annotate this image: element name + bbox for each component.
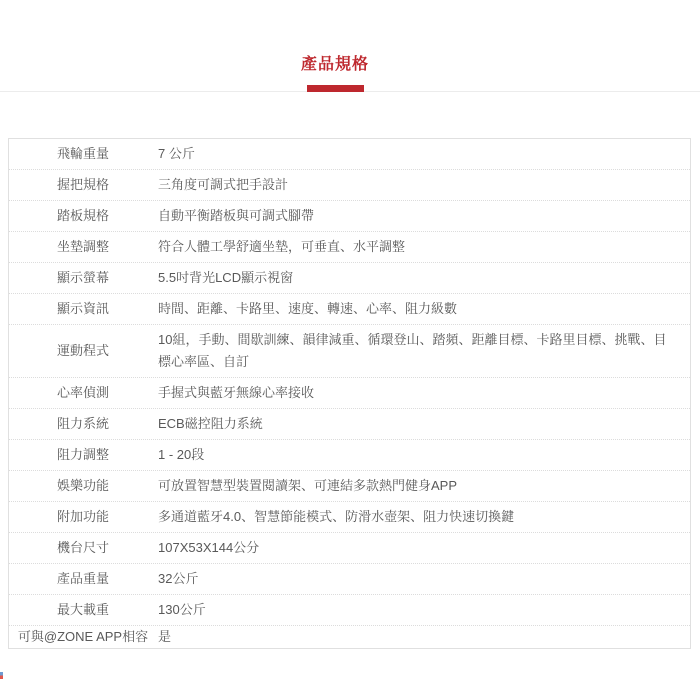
spec-row-value: 是 xyxy=(157,626,690,648)
spec-row-label: 阻力系統 xyxy=(9,409,157,439)
spec-table-row: 心率偵測手握式與藍牙無線心率接收 xyxy=(9,377,690,408)
spec-row-label: 附加功能 xyxy=(9,502,157,532)
spec-row-label: 顯示螢幕 xyxy=(9,263,157,293)
spec-table-row: 顯示資訊時間、距離、卡路里、速度、轉速、心率、阻力級數 xyxy=(9,293,690,324)
spec-row-label: 阻力調整 xyxy=(9,440,157,470)
spec-row-label: 握把規格 xyxy=(9,170,157,200)
spec-table-row: 飛輪重量7 公斤 xyxy=(9,139,690,169)
spec-row-label: 飛輪重量 xyxy=(9,139,157,169)
page-edge-widget-fragment xyxy=(0,672,3,679)
spec-table-row: 機台尺寸107X53X144公分 xyxy=(9,532,690,563)
spec-row-value: 10組，手動、間歇訓練、韻律減重、循環登山、踏頻、距離目標、卡路里目標、挑戰、目… xyxy=(157,325,690,377)
spec-table-row: 娛樂功能可放置智慧型裝置閱讀架、可連結多款熱門健身APP xyxy=(9,470,690,501)
spec-row-label: 產品重量 xyxy=(9,564,157,594)
spec-row-value: 可放置智慧型裝置閱讀架、可連結多款熱門健身APP xyxy=(157,471,690,501)
spec-row-value: 130公斤 xyxy=(157,595,690,625)
spec-row-label: 娛樂功能 xyxy=(9,471,157,501)
spec-row-label: 踏板規格 xyxy=(9,201,157,231)
spec-row-label: 可與@ZONE APP相容 xyxy=(9,626,157,648)
spec-table-row: 踏板規格自動平衡踏板與可調式腳帶 xyxy=(9,200,690,231)
spec-row-value: ECB磁控阻力系統 xyxy=(157,409,690,439)
spec-table-row: 產品重量32公斤 xyxy=(9,563,690,594)
spec-row-value: 1 - 20段 xyxy=(157,440,690,470)
spec-row-value: 自動平衡踏板與可調式腳帶 xyxy=(157,201,690,231)
spec-row-label: 機台尺寸 xyxy=(9,533,157,563)
spec-row-value: 符合人體工學舒適坐墊，可垂直、水平調整 xyxy=(157,232,690,262)
spec-table-row: 運動程式10組，手動、間歇訓練、韻律減重、循環登山、踏頻、距離目標、卡路里目標、… xyxy=(9,324,690,377)
spec-table-row: 阻力調整1 - 20段 xyxy=(9,439,690,470)
spec-row-label: 最大載重 xyxy=(9,595,157,625)
product-spec-page: 產品規格 飛輪重量7 公斤握把規格三角度可調式把手設計踏板規格自動平衡踏板與可調… xyxy=(0,0,700,700)
spec-row-value: 32公斤 xyxy=(157,564,690,594)
spec-table-row: 坐墊調整符合人體工學舒適坐墊，可垂直、水平調整 xyxy=(9,231,690,262)
spec-row-value: 5.5吋背光LCD顯示視窗 xyxy=(157,263,690,293)
spec-table-row: 握把規格三角度可調式把手設計 xyxy=(9,169,690,200)
spec-table-row: 附加功能多通道藍牙4.0、智慧節能模式、防滑水壺架、阻力快速切換鍵 xyxy=(9,501,690,532)
title-underline-accent xyxy=(307,85,364,92)
spec-table-row: 顯示螢幕5.5吋背光LCD顯示視窗 xyxy=(9,262,690,293)
spec-row-value: 多通道藍牙4.0、智慧節能模式、防滑水壺架、阻力快速切換鍵 xyxy=(157,502,690,532)
spec-row-value: 三角度可調式把手設計 xyxy=(157,170,690,200)
spec-row-value: 手握式與藍牙無線心率接收 xyxy=(157,378,690,408)
spec-row-label: 心率偵測 xyxy=(9,378,157,408)
spec-table-row: 可與@ZONE APP相容是 xyxy=(9,625,690,648)
spec-table-row: 最大載重130公斤 xyxy=(9,594,690,625)
spec-row-value: 107X53X144公分 xyxy=(157,533,690,563)
spec-row-value: 7 公斤 xyxy=(157,139,690,169)
spec-table-row: 阻力系統ECB磁控阻力系統 xyxy=(9,408,690,439)
spec-row-label: 顯示資訊 xyxy=(9,294,157,324)
spec-row-label: 坐墊調整 xyxy=(9,232,157,262)
page-title: 產品規格 xyxy=(0,51,670,74)
spec-row-label: 運動程式 xyxy=(9,336,157,366)
spec-row-value: 時間、距離、卡路里、速度、轉速、心率、阻力級數 xyxy=(157,294,690,324)
spec-table: 飛輪重量7 公斤握把規格三角度可調式把手設計踏板規格自動平衡踏板與可調式腳帶坐墊… xyxy=(8,138,691,649)
